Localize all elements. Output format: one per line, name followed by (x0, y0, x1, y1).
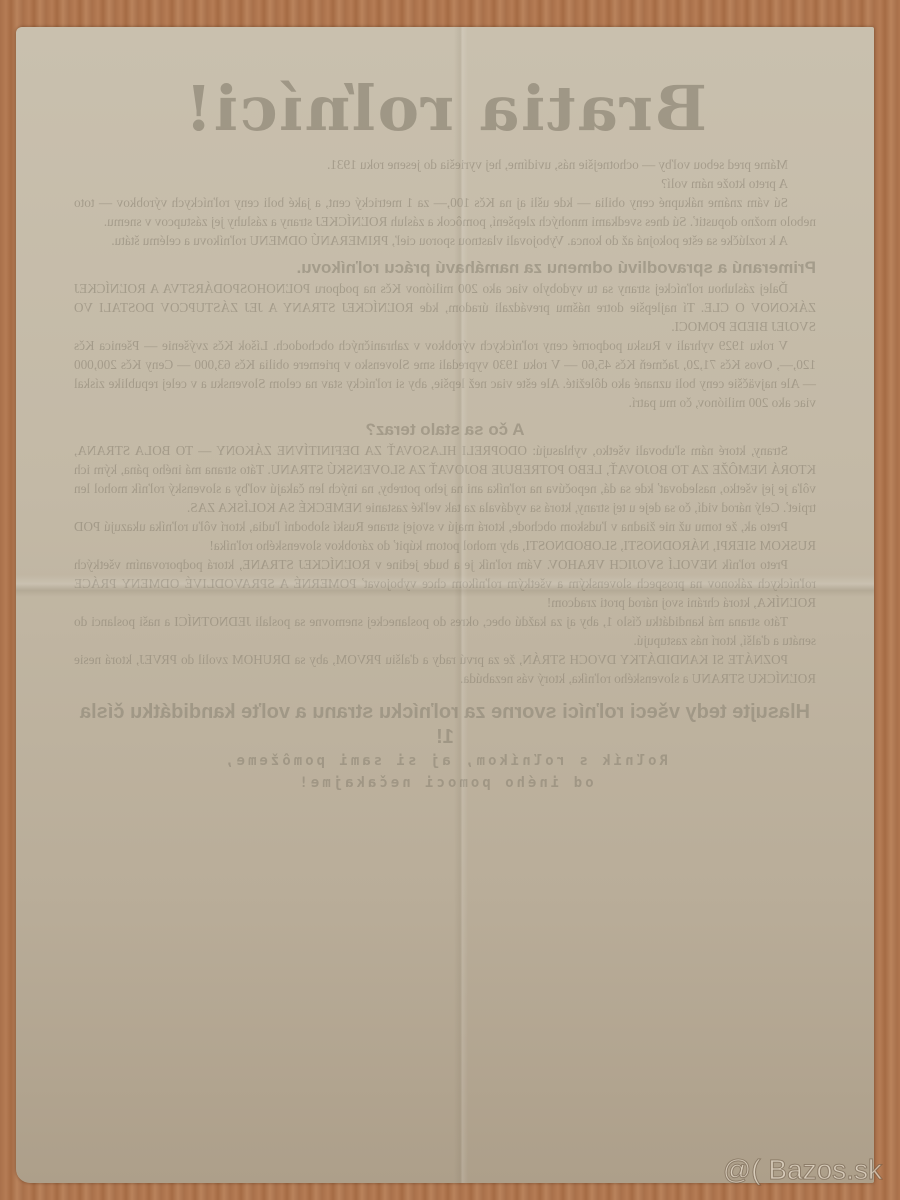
section-paragraph: Ďalej zásluhou roľníckej strany sa tu vy… (74, 279, 816, 336)
closing-call: Hlasujte tedy všeci roľníci svorne za ro… (74, 700, 816, 750)
intro-paragraph: A k rozlúčke sa ešte pokojná až do konca… (74, 231, 816, 250)
show-through-text: Bratia roľníci! Máme pred sebou voľby — … (16, 27, 874, 1183)
section-paragraph: Táto strana má kandidátku číslo 1, aby a… (74, 612, 816, 650)
intro-paragraph: Máme pred sebou voľby — ochotnejšie nás,… (74, 155, 816, 174)
leaflet-content: Bratia roľníci! Máme pred sebou voľby — … (74, 72, 816, 794)
section-paragraph: V roku 1929 vyhrali v Rusku podporné cen… (74, 336, 816, 412)
section-heading: Primeranú a spravodlivú odmenu za namáha… (74, 258, 816, 277)
section-paragraph: Strany, ktoré nám sľubovali všetko, vyhl… (74, 441, 816, 517)
intro-paragraph: A preto ktože nám volí? (74, 174, 816, 193)
section-heading: A čo sa stalo teraz? (74, 420, 816, 439)
horizontal-fold (16, 575, 874, 597)
intro-paragraph: Sú vám známe nákupné ceny obilia — kde u… (74, 193, 816, 231)
vertical-fold (454, 27, 468, 1183)
leaflet-title: Bratia roľníci! (74, 72, 816, 145)
slogan-line: od iného pomoci nečakajme! (74, 772, 816, 794)
bazos-watermark: @( Bazos.sk (723, 1154, 882, 1186)
section-paragraph: Preto ak, že tomu už nie žiadna v ľudsko… (74, 517, 816, 555)
section-paragraph: POZNÁTE SI KANDIDÁTKY DVOCH STRÁN, že za… (74, 650, 816, 688)
slogan-line: Roľník s roľníkom, aj si sami pomôžeme, (74, 750, 816, 772)
leaflet-paper: Bratia roľníci! Máme pred sebou voľby — … (16, 27, 874, 1183)
